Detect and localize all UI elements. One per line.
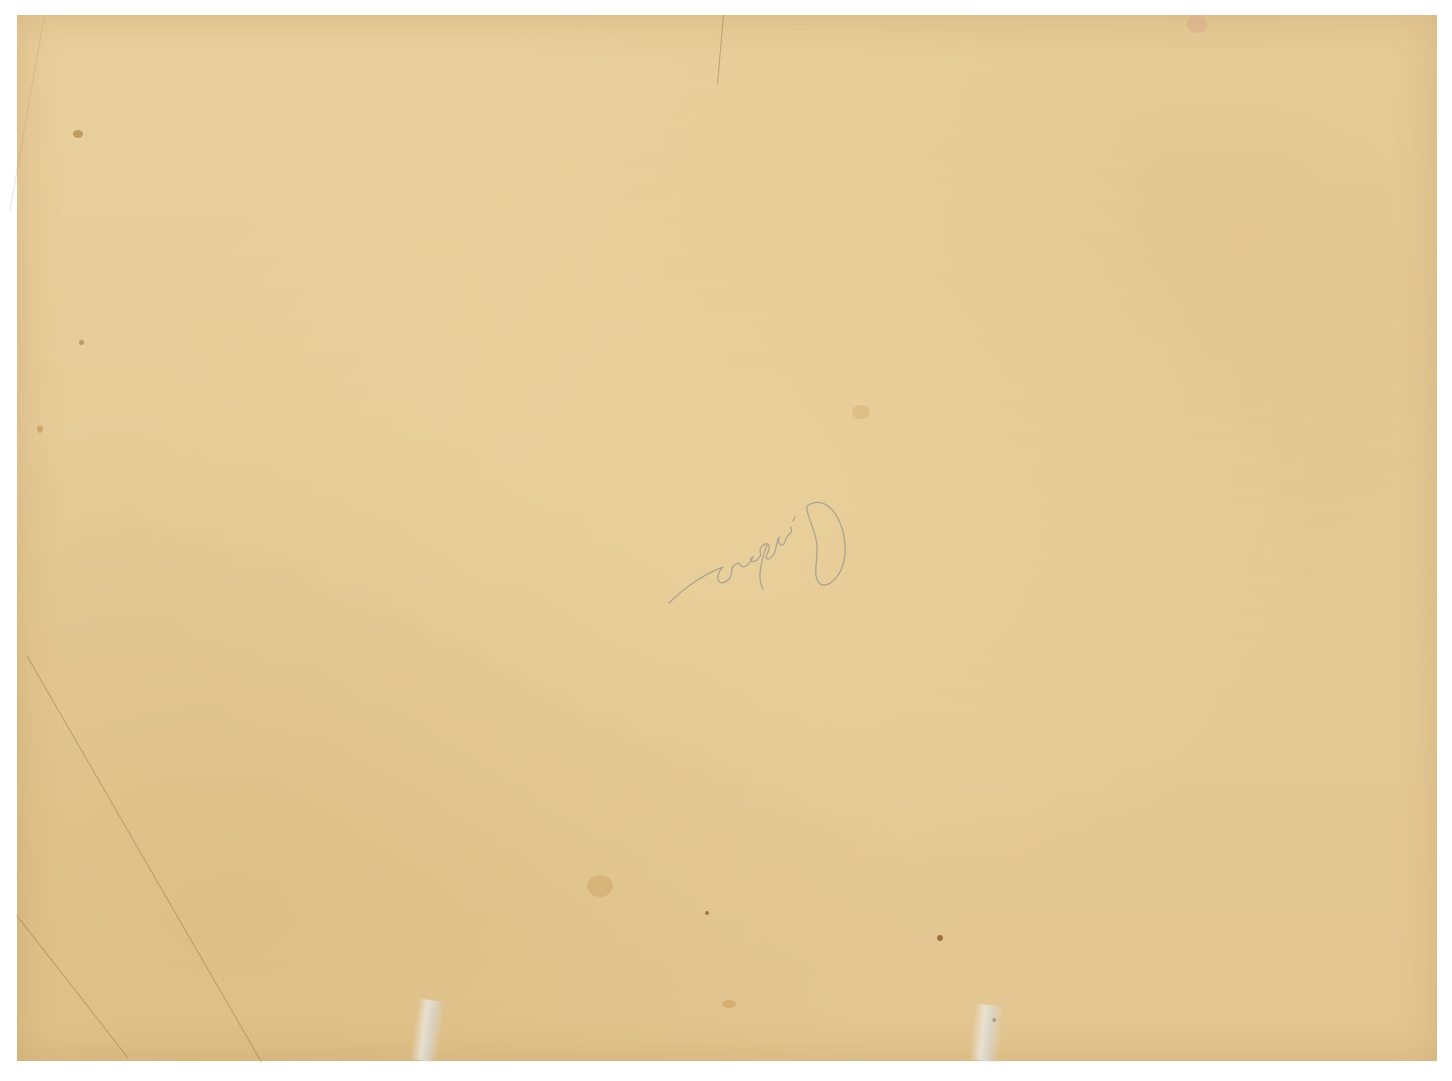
foxing-stain [852,405,870,419]
tear-line [717,15,724,85]
foxing-stain [587,875,613,897]
crease-line [16,915,128,1057]
crease-line [26,655,262,1063]
foxing-stain [73,130,83,138]
foxing-stain [937,935,943,941]
paper-sheet [17,15,1437,1061]
pencil-signature [657,475,867,615]
tape-residue [410,998,446,1062]
foxing-stain [79,340,84,345]
foxing-stain [705,911,709,915]
tape-residue [969,1004,1005,1063]
foxing-stain [37,425,43,433]
crease-line [9,15,45,212]
foxing-stain [1187,15,1207,33]
foxing-stain [722,1000,736,1008]
